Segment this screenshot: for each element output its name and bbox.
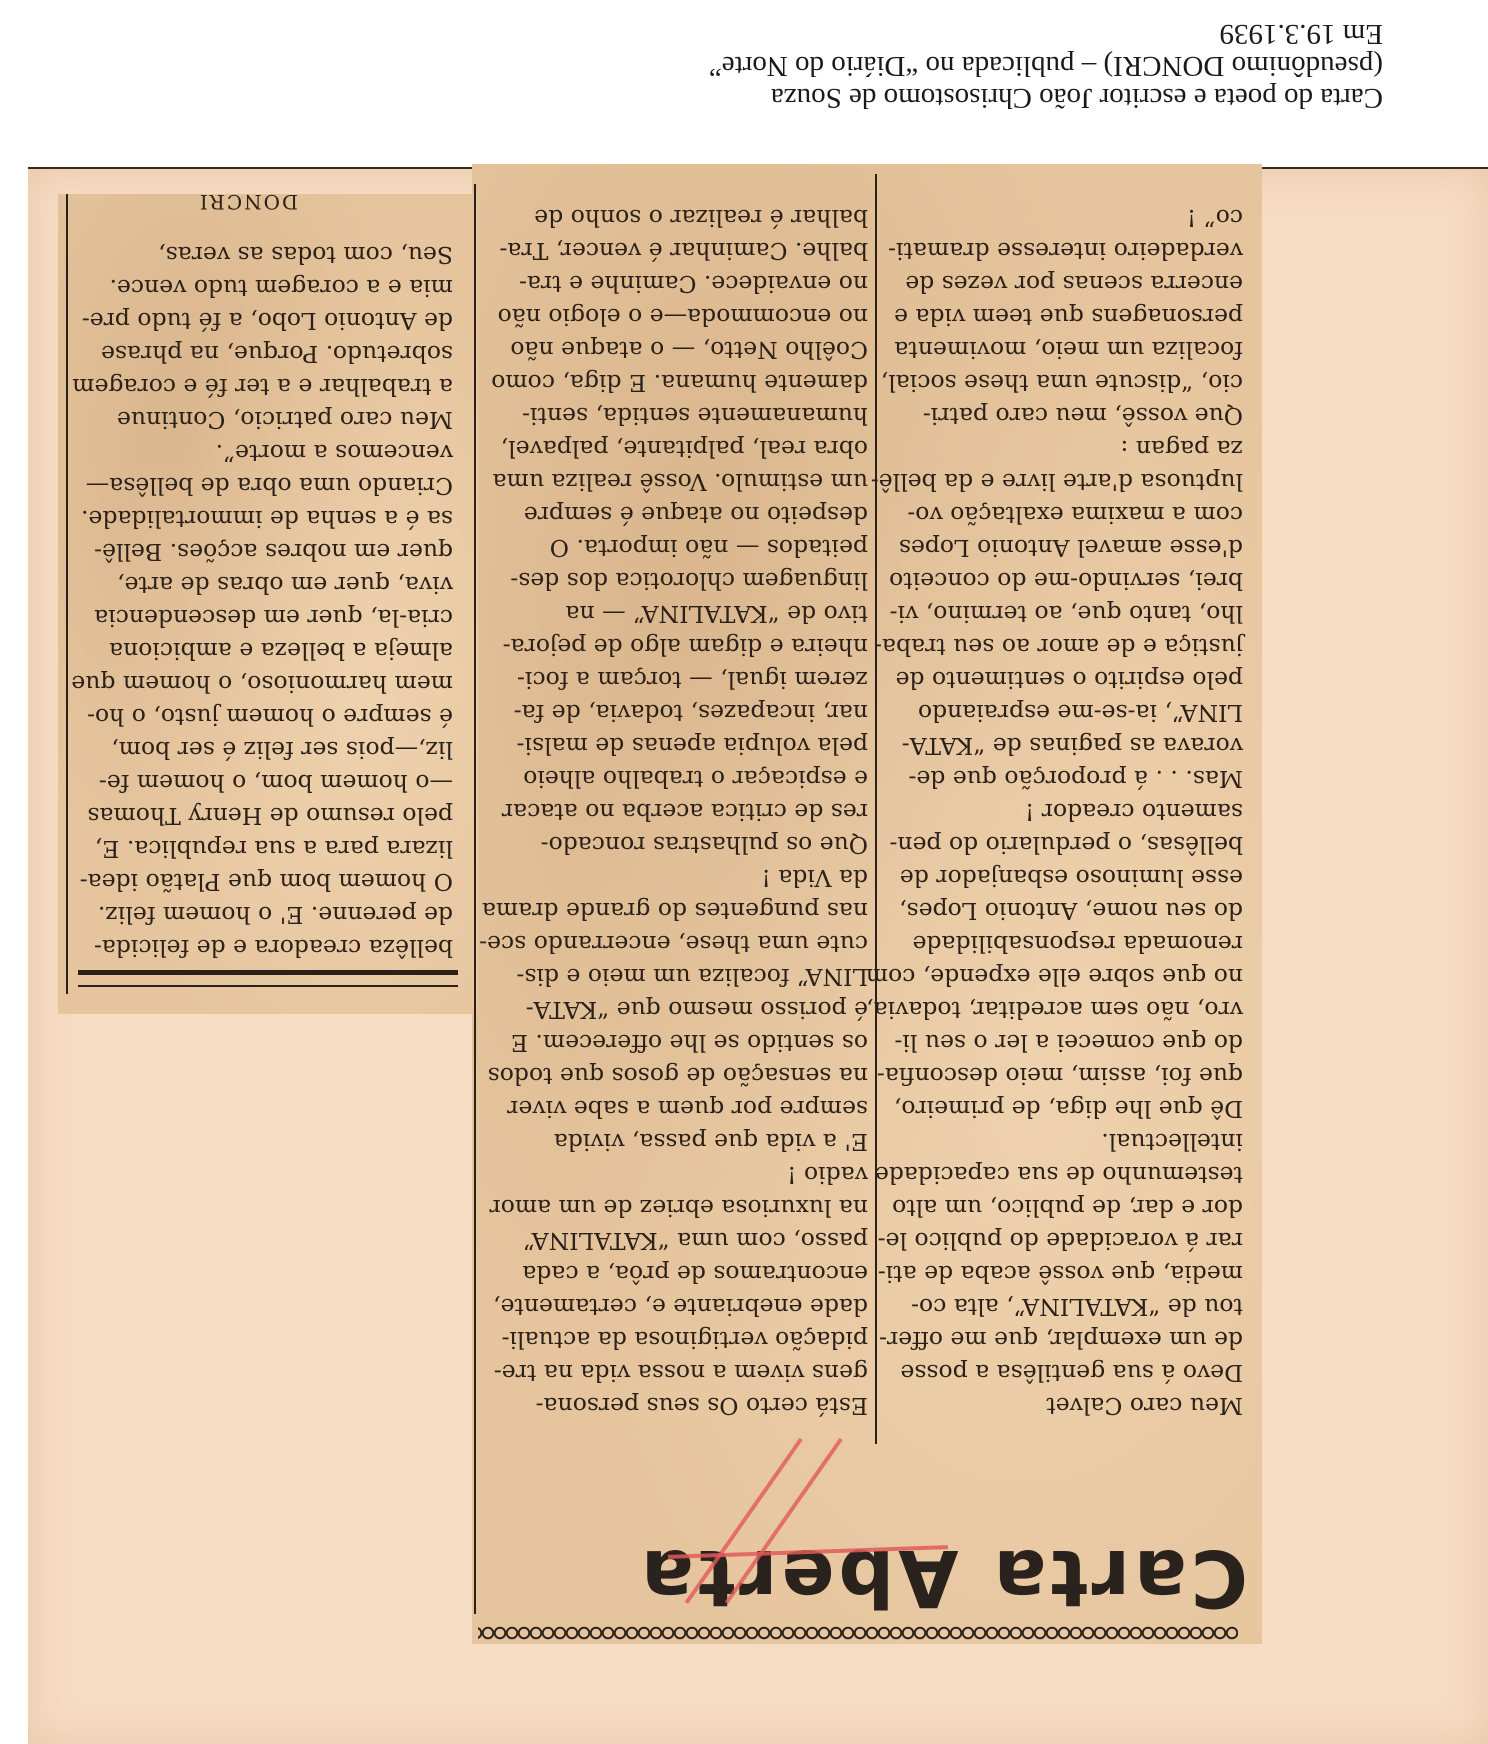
article-line: lho, tanto que, ao termino, vi- (883, 597, 1243, 630)
article-line: Coêlho Netto, — o ataque não (498, 333, 868, 366)
article-column-3: bellêza creadora e de felicida-de perenn… (73, 238, 453, 964)
article-line: os sentido se lhe offerecem. E (498, 1026, 868, 1059)
article-line: Dê que lhe diga, de primeiro, (883, 1092, 1243, 1125)
article-line: vro, não sem acreditar, todavia, (883, 993, 1243, 1026)
article-line: encerra scenas por vezes de (883, 267, 1243, 300)
article-line: sempre por quem a sabe viver (498, 1092, 868, 1125)
article-line: quer em nobres acções. Bellê- (73, 535, 453, 568)
article-column-2: Está certo Os seus persona-gens vivem a … (498, 201, 868, 1422)
article-line: justiça e de amor ao seu traba- (883, 630, 1243, 663)
article-line: cria-la, quer em descendencia (73, 601, 453, 634)
article-line: samento creador ! (883, 795, 1243, 828)
article-line: damente humana. E diga, como (498, 366, 868, 399)
article-line: Que os pulhastras roncado- (498, 828, 868, 861)
column-divider (66, 194, 68, 994)
article-line: encontramos de prôa, a cada (498, 1257, 868, 1290)
article-line: LINA” focaliza um meio e dis- (498, 960, 868, 993)
article-line: de Antonio Lobo, a fé tudo pre- (73, 304, 453, 337)
article-line: dor e dar, de publico, um alto (883, 1191, 1243, 1224)
article-line: luptuosa d'arte livre e da bellê- (883, 465, 1243, 498)
column-divider (875, 174, 877, 1444)
article-line: dade enebriante e, certamente, (498, 1290, 868, 1323)
caption-line-1: Carta do poeta e escritor João Chrisosto… (663, 82, 1383, 114)
article-line: pelo espirito o sentimento de (883, 663, 1243, 696)
article-line: cio, “discute uma these social, (883, 366, 1243, 399)
article-line: a trabalhar e a ter fé e coragem (73, 370, 453, 403)
typed-caption: Carta do poeta e escritor João Chrisosto… (663, 18, 1383, 114)
article-line: media, que vossê acaba de ati- (883, 1257, 1243, 1290)
article-line: pelo resumo de Henry Thomas (73, 799, 453, 832)
article-line: balhe. Caminhar é vencer, Tra- (498, 234, 868, 267)
article-line: verdadeiro interesse dramati- (883, 234, 1243, 267)
article-line: rar á voracidade do publico le- (883, 1224, 1243, 1257)
article-line: za pagan : (883, 432, 1243, 465)
article-line: liz,—pois ser feliz é ser bom, (73, 733, 453, 766)
article-line: personagens que teem vida e (883, 300, 1243, 333)
article-line: no que sobre elle expende, com (883, 960, 1243, 993)
article-line: é sempre o homem justo, o ho- (73, 700, 453, 733)
article-line: E' a vida que passa, vivida (498, 1125, 868, 1158)
article-line: vencemos a morte”. (73, 436, 453, 469)
article-line: na sensação de gosos que todos (498, 1059, 868, 1092)
article-line: Está certo Os seus persona- (498, 1389, 868, 1422)
scanned-page: Carta do poeta e escritor João Chrisosto… (0, 0, 1488, 1744)
wavy-rule (478, 1626, 1238, 1640)
double-rule (78, 970, 458, 987)
author-signature: DONCRI (198, 190, 298, 214)
article-line: lizara para a sua republica. E, (73, 832, 453, 865)
article-line: testemunho de sua capacidade (883, 1158, 1243, 1191)
article-line: da Vida ! (498, 861, 868, 894)
article-line: viva, quer em obras de arte, (73, 568, 453, 601)
article-line: Devo á sua gentilêsa a posse (883, 1356, 1243, 1389)
article-line: nar, incapazes, todavia, de fa- (498, 696, 868, 729)
article-line: vadio ! (498, 1158, 868, 1191)
article-line: no encommoda—e o elogio não (498, 300, 868, 333)
article-line: —o homem bom, o homem fe- (73, 766, 453, 799)
article-line: do que comecei a ler o seu li- (883, 1026, 1243, 1059)
article-line: intellectual. (883, 1125, 1243, 1158)
article-line: Meu caro patricio, Continue (73, 403, 453, 436)
article-line: bellêsas, o perdulario do pen- (883, 828, 1243, 861)
article-line: gens vivem a nossa vida na tre- (498, 1356, 868, 1389)
article-line: linguagem chlorotica dos des- (498, 564, 868, 597)
article-line: sa é a senha de immortalidade. (73, 502, 453, 535)
article-line: pidação vertiginosa da actuali- (498, 1323, 868, 1356)
article-line: é porisso mesmo que “KATA- (498, 993, 868, 1026)
article-line: nas pungentes do grande drama (498, 894, 868, 927)
article-line: pela volupia apenas de malsi- (498, 729, 868, 762)
article-line: zerem igual, — torçam a foci- (498, 663, 868, 696)
article-line: humanamente sentida, senti- (498, 399, 868, 432)
article-line: vorava as paginas de “KATA- (883, 729, 1243, 762)
article-line: balhar é realizar o sonho de (498, 201, 868, 234)
article-line: renomada responsabilidade (883, 927, 1243, 960)
article-line: mem harmonioso, o homem que (73, 667, 453, 700)
article-line: tou de “KATALINA”, alta co- (883, 1290, 1243, 1323)
column-divider (474, 184, 476, 1614)
article-line: no envaidece. Caminhe e tra- (498, 267, 868, 300)
article-line: Criando uma obra de bellêsa— (73, 469, 453, 502)
article-line: Mas. . . á proporção que de- (883, 762, 1243, 795)
article-line: peitados — não importa. O (498, 531, 868, 564)
article-line: que foi, assim, meio desconfia- (883, 1059, 1243, 1092)
article-line: na luxuriosa ebriez de um amor (498, 1191, 868, 1224)
article-line: esse luminoso esbanjador de (883, 861, 1243, 894)
article-line: res de critica acerba no atacar (498, 795, 868, 828)
article-line: brei, servindo-me do conceito (883, 564, 1243, 597)
article-line: tivo de “KATALINA” — na (498, 597, 868, 630)
caption-date: Em 19.3.1939 (663, 18, 1383, 50)
article-line: mia e a coragem tudo vence. (73, 271, 453, 304)
article-line: de um exemplar, que me offer- (883, 1323, 1243, 1356)
article-headline: Carta Aberta (528, 1502, 1248, 1622)
article-line: um estimulo. Vossê realiza uma (498, 465, 868, 498)
article-column-1: Meu caro CalvetDevo á sua gentilêsa a po… (883, 201, 1243, 1422)
article-line: almeja a belleza e ambiciona (73, 634, 453, 667)
article-line: e espicaçar o trabalho alheio (498, 762, 868, 795)
article-line: com a maxima exaltação vo- (883, 498, 1243, 531)
article-line: sobretudo. Porque, na phrase (73, 337, 453, 370)
article-line: nheira e digam algo de pejora- (498, 630, 868, 663)
article-line: Que vossê, meu caro patri- (883, 399, 1243, 432)
article-line: despeito no ataque é sempre (498, 498, 868, 531)
article-line: focaliza um meio, movimenta (883, 333, 1243, 366)
caption-line-2: (pseudônimo DONCRI) – publicada no “Diár… (663, 50, 1383, 82)
article-line: d'esse amavel Antonio Lopes (883, 531, 1243, 564)
article-line: LINA”, ia-se-me espraiando (883, 696, 1243, 729)
article-line: Seu, com todas as veras, (73, 238, 453, 271)
article-line: cute uma these, encerrando sce- (498, 927, 868, 960)
article-line: passo, com uma “KATALINA” (498, 1224, 868, 1257)
article-line: de perenne. E' o homem feliz. (73, 898, 453, 931)
article-line: bellêza creadora e de felicida- (73, 931, 453, 964)
article-line: do seu nome, Antonio Lopes, (883, 894, 1243, 927)
article-line: obra real, palpitante, palpavel, (498, 432, 868, 465)
article-line: Meu caro Calvet (883, 1389, 1243, 1422)
article-line: O homem bom que Platão idea- (73, 865, 453, 898)
article-line: co” ! (883, 201, 1243, 234)
